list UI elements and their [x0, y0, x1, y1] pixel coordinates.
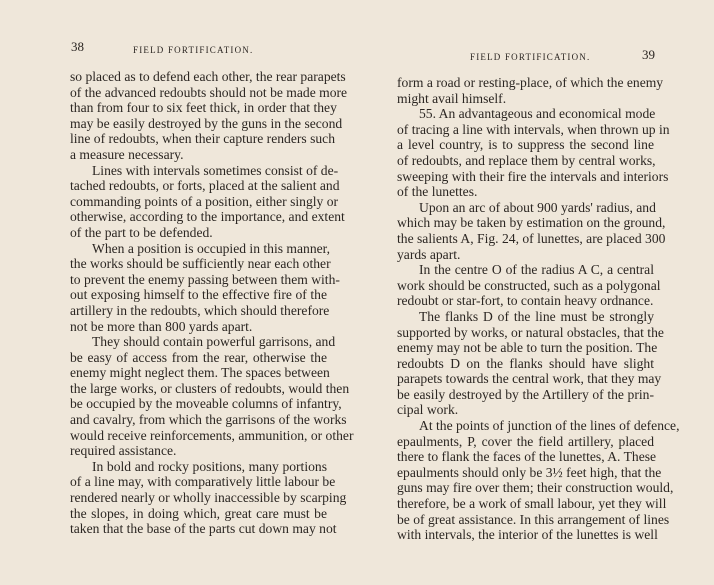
text-line: may be easily destroyed by the guns in t…: [70, 116, 327, 132]
text-line: epaulments, P, cover the field artillery…: [397, 434, 654, 450]
text-line: form a road or resting-place, of which t…: [397, 75, 654, 91]
text-line: Lines with intervals sometimes consist o…: [70, 163, 327, 179]
text-line: epaulments should only be 3½ feet high, …: [397, 465, 654, 481]
text-line: of tracing a line with intervals, when t…: [397, 122, 654, 138]
text-line: therefore, be a work of small labour, ye…: [397, 496, 654, 512]
text-line: so placed as to defend each other, the r…: [70, 69, 327, 85]
text-line: of the part to be defended.: [70, 225, 327, 241]
text-line: In bold and rocky positions, many portio…: [70, 459, 327, 475]
text-line: redoubt or star-fort, to contain heavy o…: [397, 293, 654, 309]
text-line: yards apart.: [397, 247, 654, 263]
text-line: redoubts D on the flanks should have sli…: [397, 356, 654, 372]
text-line: supported by works, or natural obstacles…: [397, 325, 654, 341]
text-line: the large works, or clusters of redoubts…: [70, 381, 327, 397]
running-head: FIELD FORTIFICATION.: [133, 45, 253, 55]
text-line: line of redoubts, when their capture ren…: [70, 131, 327, 147]
text-line: and cavalry, from which the garrisons of…: [70, 412, 327, 428]
text-line: In the centre O of the radius A C, a cen…: [397, 262, 654, 278]
text-line: taken that the base of the parts cut dow…: [70, 521, 327, 537]
text-line: the works should be sufficiently near ea…: [70, 256, 327, 272]
page-number: 39: [642, 47, 655, 63]
text-line: out exposing himself to the effective fi…: [70, 287, 327, 303]
text-line: enemy might neglect them. The spaces bet…: [70, 365, 327, 381]
text-line: might avail himself.: [397, 91, 654, 107]
text-line: than from four to six feet thick, in ord…: [70, 100, 327, 116]
text-line: 55. An advantageous and economical mode: [397, 106, 654, 122]
text-line: Upon an arc of about 900 yards' radius, …: [397, 200, 654, 216]
page-number: 38: [71, 39, 84, 55]
right-page: FIELD FORTIFICATION. 39 form a road or r…: [357, 0, 714, 585]
text-line: cipal work.: [397, 402, 654, 418]
text-line: rendered nearly or wholly inaccessible b…: [70, 490, 327, 506]
text-line: The flanks D of the line must be strongl…: [397, 309, 654, 325]
left-page: 38 FIELD FORTIFICATION. so placed as to …: [0, 0, 357, 585]
text-line: with intervals, the interior of the lune…: [397, 527, 654, 543]
text-line: At the points of junction of the lines o…: [397, 418, 654, 434]
text-line: otherwise, according to the importance, …: [70, 209, 327, 225]
text-line: to prevent the enemy passing between the…: [70, 272, 327, 288]
text-line: not be more than 800 yards apart.: [70, 319, 327, 335]
text-line: parapets towards the central work, that …: [397, 371, 654, 387]
body-text: so placed as to defend each other, the r…: [70, 69, 327, 537]
text-line: enemy may not be able to turn the positi…: [397, 340, 654, 356]
text-line: the salients A, Fig. 24, of lunettes, ar…: [397, 231, 654, 247]
text-line: tached redoubts, or forts, placed at the…: [70, 178, 327, 194]
text-line: a level country, is to suppress the seco…: [397, 137, 654, 153]
text-line: of a line may, with comparatively little…: [70, 474, 327, 490]
text-line: required assistance.: [70, 443, 327, 459]
text-line: work should be constructed, such as a po…: [397, 278, 654, 294]
text-line: When a position is occupied in this mann…: [70, 241, 327, 257]
text-line: a measure necessary.: [70, 147, 327, 163]
body-text: form a road or resting-place, of which t…: [397, 75, 654, 543]
text-line: of the lunettes.: [397, 184, 654, 200]
text-line: be occupied by the moveable columns of i…: [70, 396, 327, 412]
text-line: there to flank the faces of the lunettes…: [397, 449, 654, 465]
text-line: They should contain powerful garrisons, …: [70, 334, 327, 350]
text-line: artillery in the redoubts, which should …: [70, 303, 327, 319]
text-line: be of great assistance. In this arrangem…: [397, 512, 654, 528]
text-line: which may be taken by estimation on the …: [397, 215, 654, 231]
text-line: commanding points of a position, either …: [70, 194, 327, 210]
text-line: be easily destroyed by the Artillery of …: [397, 387, 654, 403]
text-line: would receive reinforcements, ammunition…: [70, 428, 327, 444]
text-line: the slopes, in doing which, great care m…: [70, 506, 327, 522]
text-line: of the advanced redoubts should not be m…: [70, 85, 327, 101]
text-line: of redoubts, and replace them by central…: [397, 153, 654, 169]
text-line: guns may fire over them; their construct…: [397, 480, 654, 496]
text-line: be easy of access from the rear, otherwi…: [70, 350, 327, 366]
text-line: sweeping with their fire the intervals a…: [397, 169, 654, 185]
running-head: FIELD FORTIFICATION.: [470, 52, 590, 62]
